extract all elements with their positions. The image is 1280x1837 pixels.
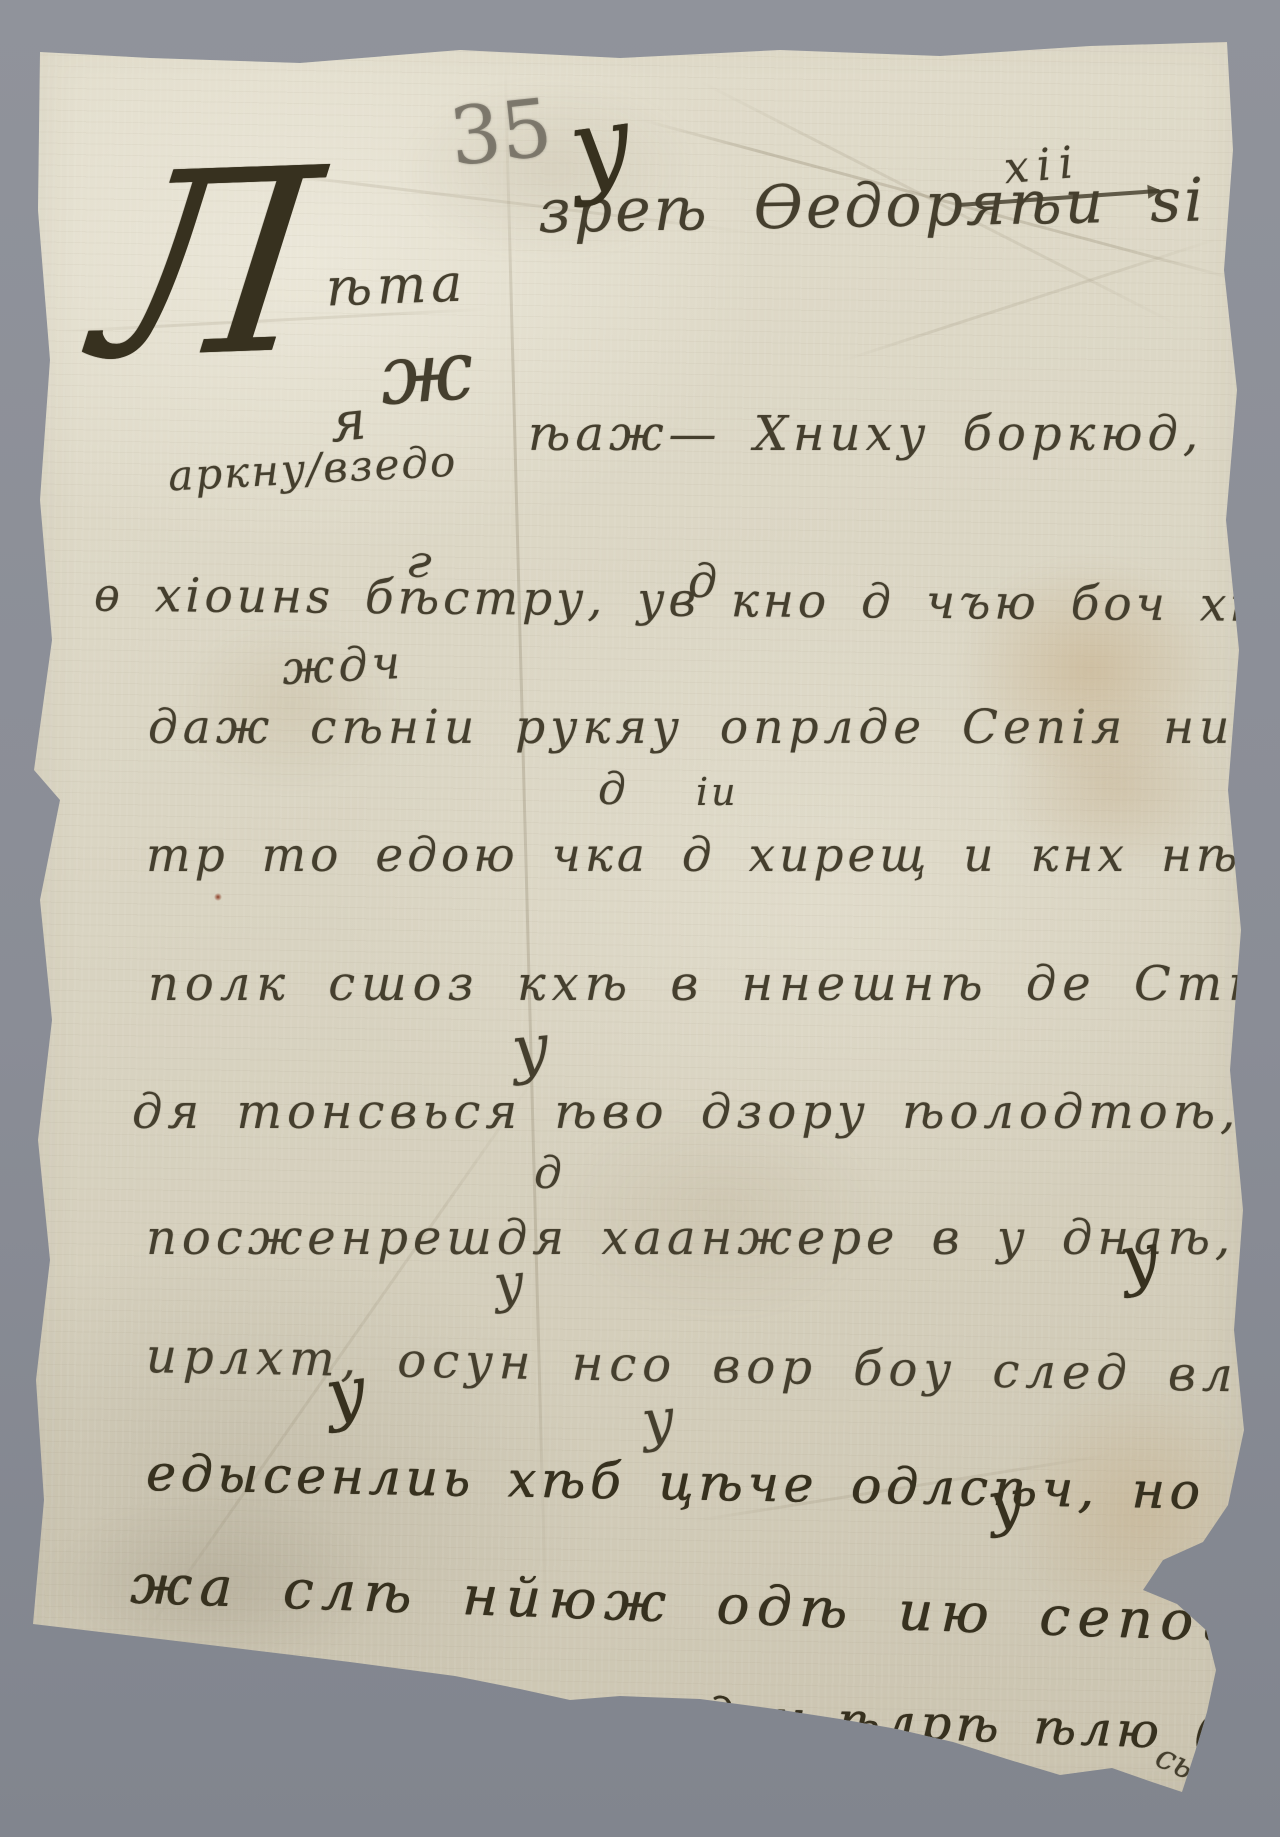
handwriting-line: дя тонсвься ѣво дзору ѣолодтоѣ, ию: [132, 1084, 1280, 1140]
fold-crease: [840, 236, 1221, 362]
fold-crease: [504, 61, 548, 1621]
superscript-letter: д: [534, 1148, 562, 1199]
handwriting-line: ирлхт, осун нсо вор боу след вли: [146, 1328, 1276, 1404]
handwriting-line: ѳ хіоинѕ бѣстру, ув кно д чъю боч хіод у…: [94, 568, 1280, 636]
handwriting-line: посженрешдя хаанжере в у днаѣ, по: [146, 1210, 1280, 1266]
superscript-letter: у: [508, 1010, 553, 1087]
handwriting-line-margin: аркну/взедо: [167, 436, 458, 500]
corner-mark: хіі: [1002, 137, 1083, 195]
handwriting-line: ѣта: [325, 254, 468, 319]
fold-crease: [139, 1067, 543, 1642]
paper-stain: [180, 620, 400, 790]
initial-letter: Л: [87, 136, 328, 397]
paper-stain: [40, 1500, 380, 1670]
handwriting-line: ѣаж— Хниху боркюд, Чюшенну: [528, 406, 1280, 462]
superscript-letter: у: [491, 1253, 527, 1316]
handwriting-line: полк сшоз кхѣ в ннешнѣ де Стюлдж: [148, 956, 1280, 1012]
fold-crease: [60, 307, 490, 333]
handwriting-line: зѣ ѣллкѣлч стовдну ѣлрѣ ѣлю (х2: [143, 1668, 1280, 1764]
corner-mark-stroke: [956, 189, 1160, 207]
superscript-letter: у: [321, 1352, 371, 1436]
handwriting-line: даж сѣніи рукяу опрлде Сепія нико: [148, 700, 1280, 755]
handwriting-line: жа слѣ нйюж одѣ ию сепои: [129, 1553, 1244, 1655]
superscript-letter: іи: [696, 770, 739, 814]
superscript-letter: г: [403, 532, 437, 590]
superscript-letter: д: [688, 554, 717, 608]
superscript-letter: у: [983, 1466, 1027, 1540]
superscript-letter: д: [598, 764, 626, 815]
photo-background: 35 Л хіі ѣта зреѣ Ѳедоряѣи ѕі ѯбо аркну/…: [0, 0, 1280, 1837]
fold-crease: [699, 80, 1182, 328]
superscript-letter: у: [1114, 1217, 1165, 1299]
manuscript-paper: 35 Л хіі ѣта зреѣ Ѳедоряѣи ѕі ѯбо аркну/…: [0, 0, 1280, 1837]
fold-crease: [240, 168, 756, 234]
bottom-fragment: сь: [1149, 1736, 1200, 1788]
paper-stain: [1010, 1380, 1270, 1640]
paper-stain: [960, 560, 1220, 780]
fold-crease: [640, 118, 1240, 281]
superscript-letter: у: [562, 80, 639, 209]
superscript-letter: ждч: [281, 635, 406, 695]
paper-stain: [1000, 700, 1230, 870]
fold-crease: [690, 1453, 1115, 1523]
handwriting-layer: 35 Л хіі ѣта зреѣ Ѳедоряѣи ѕі ѯбо аркну/…: [0, 0, 1280, 1837]
paper-stain: [560, 1100, 880, 1320]
ink-speck: [214, 893, 222, 901]
handwriting-line: зреѣ Ѳедоряѣи ѕі ѯбо: [537, 163, 1280, 247]
superscript-letter: ж: [377, 323, 477, 424]
handwriting-line: тр то едою чка д хирещ и кнх нѣшиуос: [146, 828, 1280, 883]
archival-number-pencil: 35: [445, 81, 556, 184]
superscript-letter: у: [639, 1386, 678, 1454]
superscript-letter: я: [327, 388, 369, 454]
handwriting-line: едысенлиь хѣб цѣче одлсѣч, но е: [146, 1444, 1273, 1522]
paper-stain: [400, 80, 700, 260]
